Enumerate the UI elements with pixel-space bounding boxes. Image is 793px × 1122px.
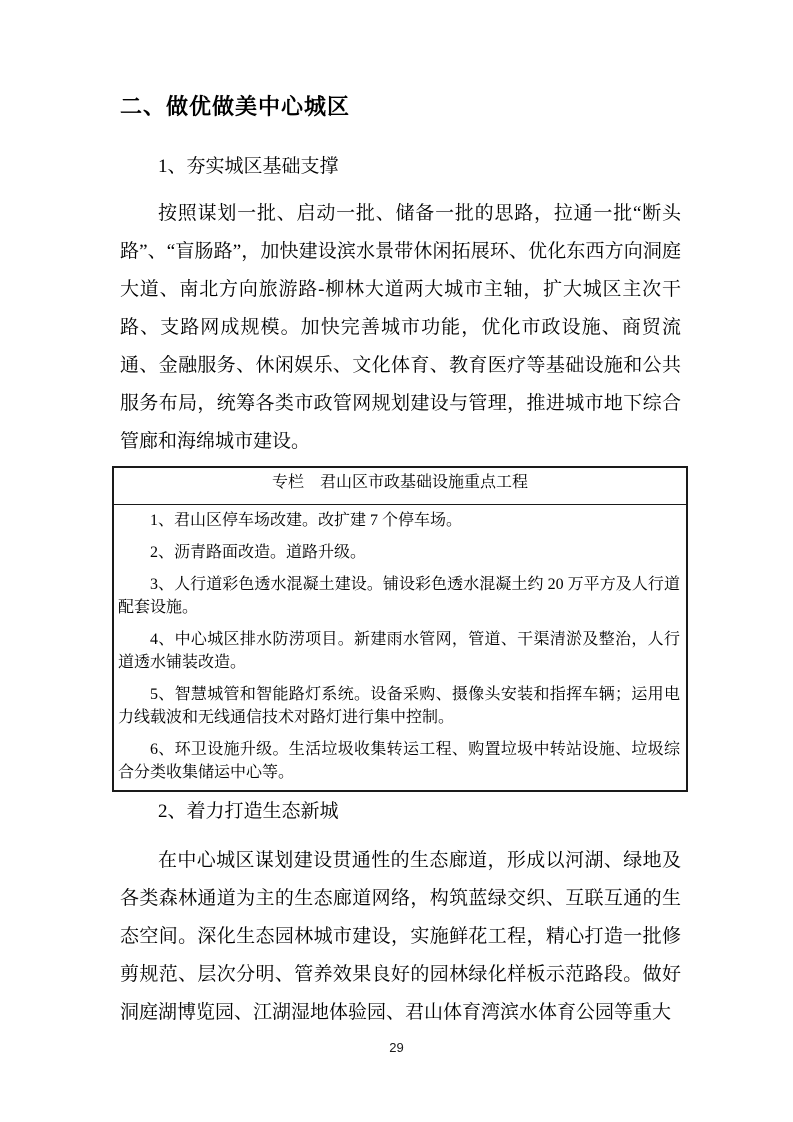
page-number: 29: [0, 1040, 793, 1056]
callout-item-4: 4、中心城区排水防涝项目。新建雨水管网，管道、干渠清淤及整治，人行道透水铺装改造…: [118, 628, 680, 674]
callout-item-2: 2、沥青路面改造。道路升级。: [118, 541, 680, 564]
section-2-paragraph: 在中心城区谋划建设贯通性的生态廊道，形成以河湖、绿地及各类森林通道为主的生态廊道…: [120, 842, 681, 1032]
section-2-heading: 2、着力打造生态新城: [120, 799, 681, 825]
document-heading: 二、做优做美中心城区: [120, 93, 681, 123]
callout-item-1: 1、君山区停车场改建。改扩建 7 个停车场。: [118, 509, 680, 532]
callout-box-body: 1、君山区停车场改建。改扩建 7 个停车场。 2、沥青路面改造。道路升级。 3、…: [114, 505, 686, 790]
callout-item-5: 5、智慧城管和智能路灯系统。设备采购、摄像头安装和指挥车辆；运用电力线载波和无线…: [118, 683, 680, 729]
callout-box: 专栏 君山区市政基础设施重点工程 1、君山区停车场改建。改扩建 7 个停车场。 …: [112, 466, 688, 792]
section-1-paragraph: 按照谋划一批、启动一批、储备一批的思路，拉通一批“断头路”、“盲肠路”，加快建设…: [120, 195, 681, 461]
callout-box-title: 专栏 君山区市政基础设施重点工程: [114, 468, 686, 505]
document-content: 二、做优做美中心城区 1、夯实城区基础支撑 按照谋划一批、启动一批、储备一批的思…: [120, 0, 681, 1032]
callout-item-6: 6、环卫设施升级。生活垃圾收集转运工程、购置垃圾中转站设施、垃圾综合分类收集储运…: [118, 738, 680, 784]
section-1-heading: 1、夯实城区基础支撑: [120, 154, 681, 180]
callout-item-3: 3、人行道彩色透水混凝土建设。铺设彩色透水混凝土约 20 万平方及人行道配套设施…: [118, 573, 680, 619]
document-page: 二、做优做美中心城区 1、夯实城区基础支撑 按照谋划一批、启动一批、储备一批的思…: [0, 0, 793, 1122]
